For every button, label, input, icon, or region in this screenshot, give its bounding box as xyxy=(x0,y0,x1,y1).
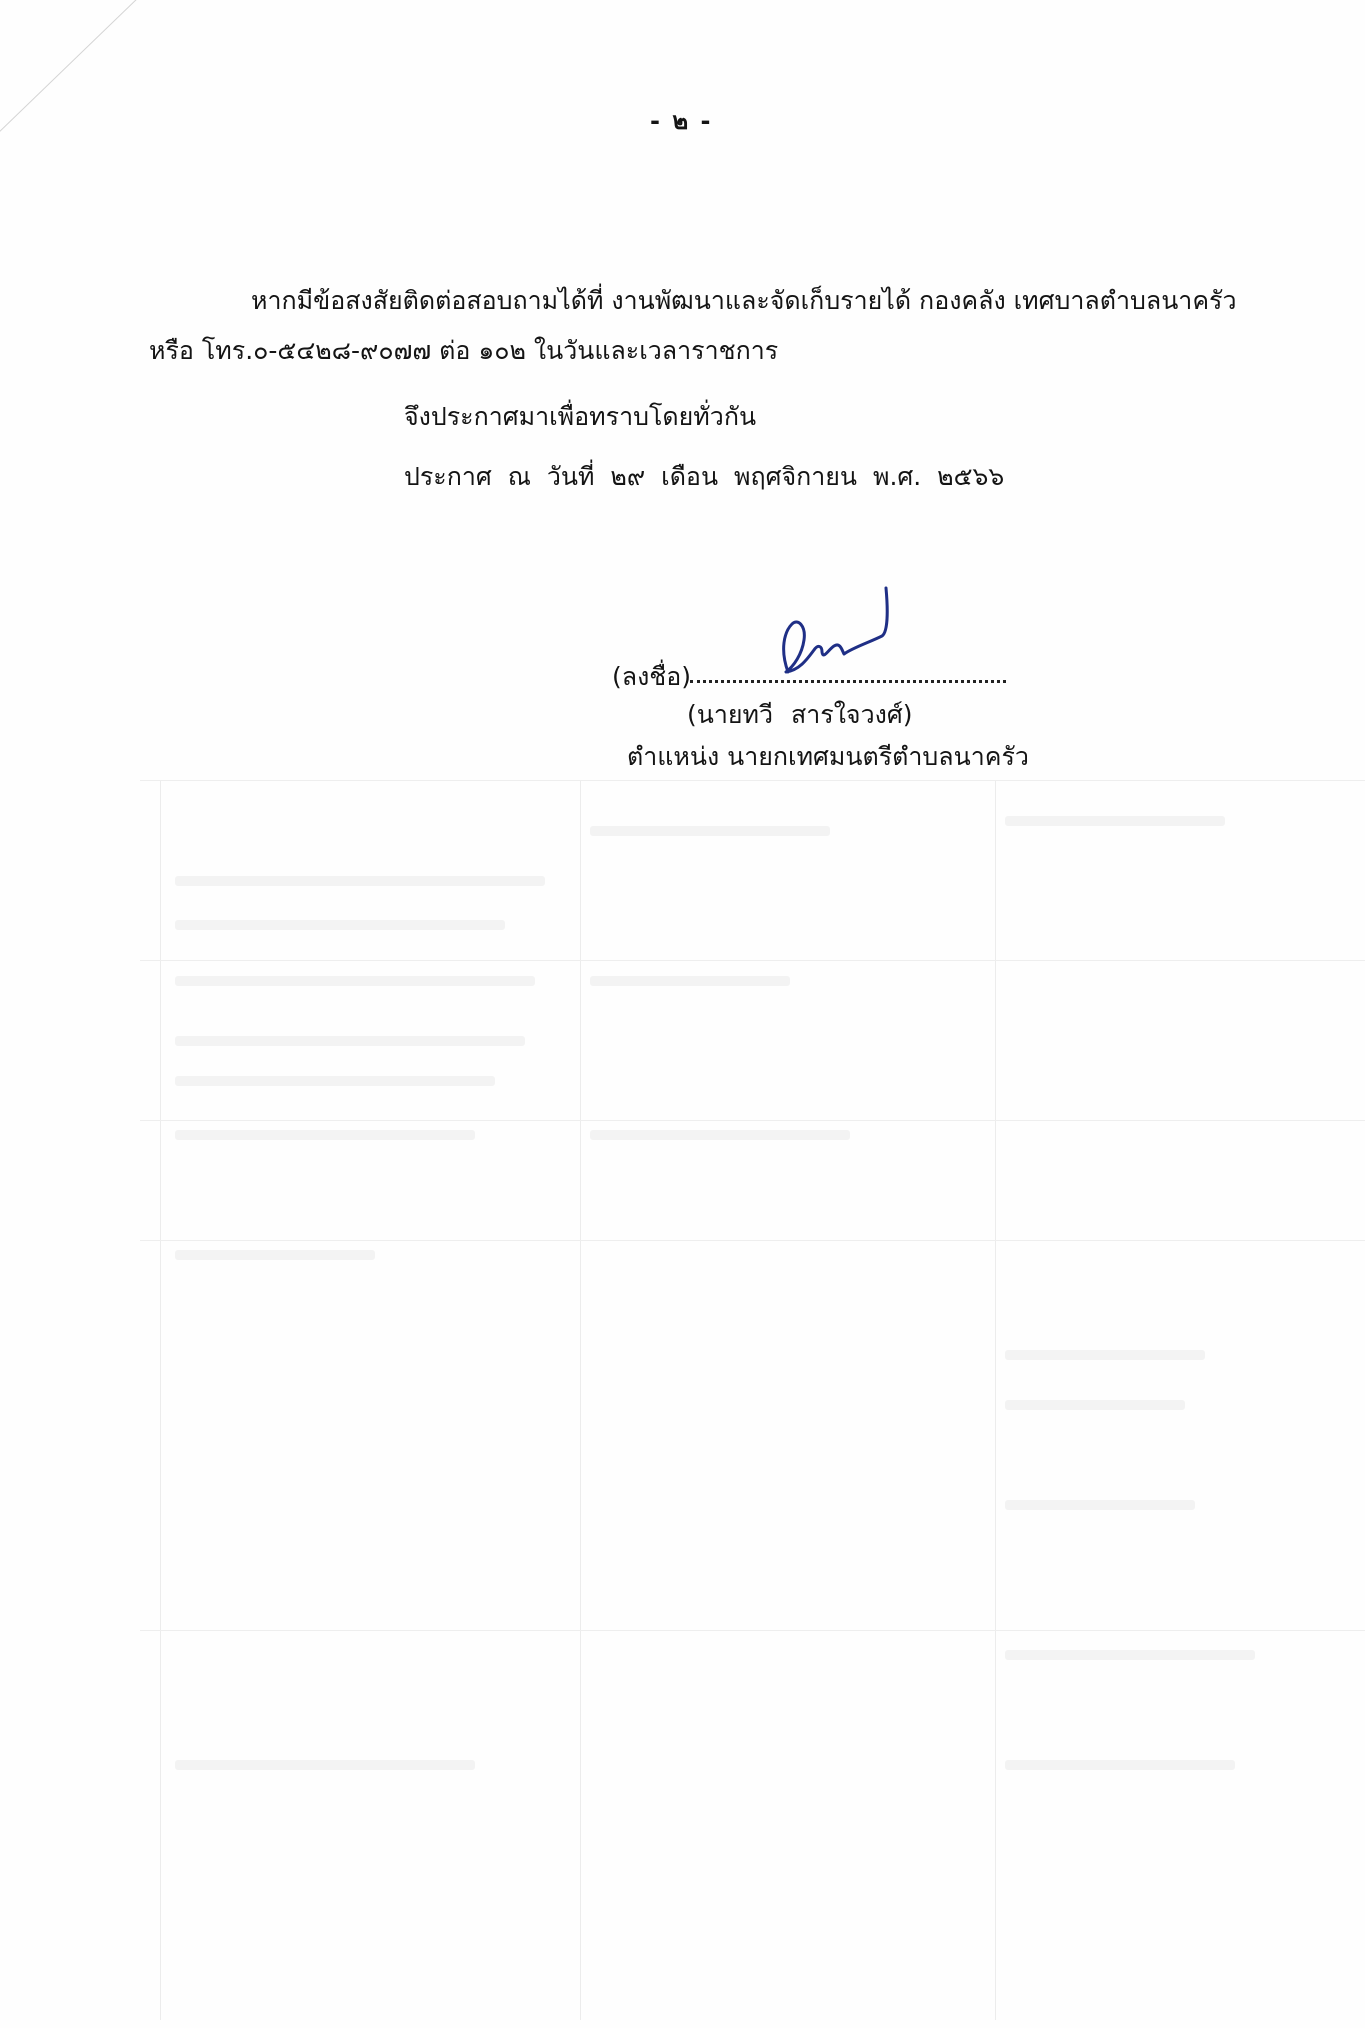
signer-title: ตำแหน่ง นายกเทศมนตรีตำบลนาครัว xyxy=(627,742,1029,772)
signature-line xyxy=(690,680,1006,683)
signer-name: (นายทวี สารใจวงศ์) xyxy=(687,700,912,730)
sign-label: (ลงชื่อ) xyxy=(612,662,691,692)
contact-paragraph-line2: หรือ โทร.๐-๕๔๒๘-๙๐๗๗ ต่อ ๑๐๒ ในวันและเวล… xyxy=(149,336,778,366)
paper-crease xyxy=(0,0,282,151)
announcement-statement: จึงประกาศมาเพื่อทราบโดยทั่วกัน xyxy=(404,402,756,432)
contact-paragraph-line1: หากมีข้อสงสัยติดต่อสอบถามได้ที่ งานพัฒนา… xyxy=(251,286,1237,316)
announcement-date: ประกาศ ณ วันที่ ๒๙ เดือน พฤศจิกายน พ.ศ. … xyxy=(404,462,1004,492)
handwritten-signature xyxy=(770,580,900,690)
page-number: - ๒ - xyxy=(650,106,712,136)
document-page: - ๒ - หากมีข้อสงสัยติดต่อสอบถามได้ที่ งา… xyxy=(0,0,1365,2028)
